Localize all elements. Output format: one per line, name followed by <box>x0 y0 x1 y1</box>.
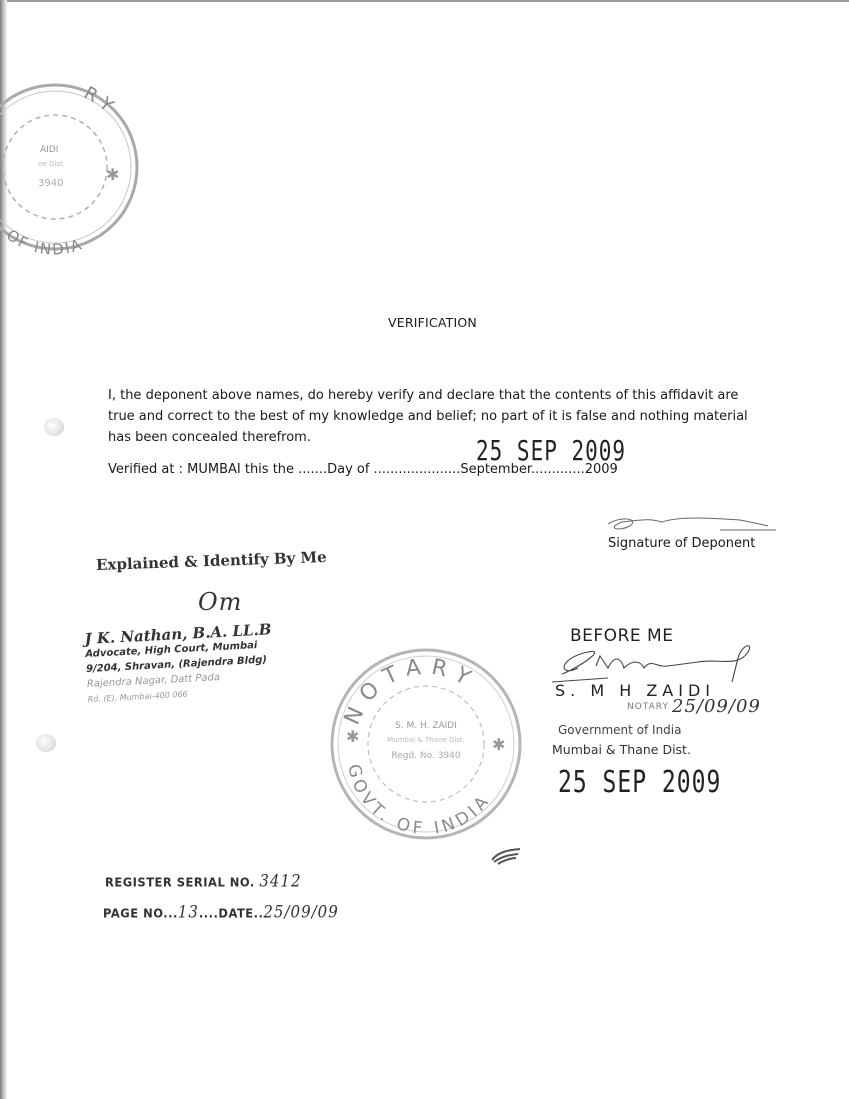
date-value: 25/09/09 <box>263 902 338 922</box>
notary-district: Mumbai & Thane Dist. <box>552 742 691 757</box>
notary-date-stamp: 25 SEP 2009 <box>558 766 721 800</box>
register-serial: REGISTER SERIAL NO. 3412 <box>105 871 302 891</box>
explained-identify-stamp: Explained & Identify By Me <box>96 548 327 574</box>
svg-text:S. M. H. ZAIDI: S. M. H. ZAIDI <box>395 721 457 731</box>
svg-text:NOTARY: NOTARY <box>340 654 482 728</box>
notary-handwritten-date: 25/09/09 <box>672 696 761 717</box>
advocate-stamp: J K. Nathan, B.A. LL.B Advocate, High Co… <box>84 620 318 707</box>
partial-notary-seal: RY OF INDIA AIDI ne Dist. 3940 ✱ <box>0 62 140 272</box>
verified-line: Verified at : MUMBAI this the .......Day… <box>108 462 618 477</box>
svg-text:AIDI: AIDI <box>40 145 58 155</box>
svg-text:✱: ✱ <box>346 727 359 746</box>
register-page-date: PAGE NO...13....DATE..25/09/09 <box>103 902 339 922</box>
advocate-initials: Om <box>198 588 242 616</box>
register-serial-label: REGISTER SERIAL NO. <box>105 874 255 889</box>
document-title: VERIFICATION <box>388 315 477 330</box>
svg-text:OF INDIA: OF INDIA <box>3 226 85 259</box>
verification-paragraph: I, the deponent above names, do hereby v… <box>108 385 768 448</box>
svg-text:Regd. No. 3940: Regd. No. 3940 <box>391 751 461 761</box>
punch-hole-top <box>44 418 64 436</box>
ink-smudge <box>490 846 524 866</box>
svg-text:✱: ✱ <box>106 165 119 184</box>
page-top-edge <box>0 0 849 2</box>
svg-text:GOVT. OF INDIA: GOVT. OF INDIA <box>343 762 495 839</box>
notary-seal: NOTARY GOVT. OF INDIA ✱ ✱ S. M. H. ZAIDI… <box>328 646 524 842</box>
svg-text:✱: ✱ <box>492 735 505 754</box>
svg-text:3940: 3940 <box>38 178 63 189</box>
signature-label: Signature of Deponent <box>608 536 755 551</box>
punch-hole-bottom <box>36 734 56 752</box>
svg-text:ne Dist.: ne Dist. <box>38 160 65 168</box>
page-no-value: 13 <box>178 902 199 922</box>
deponent-signature <box>600 512 780 536</box>
notary-government: Government of India <box>558 723 681 737</box>
notary-title: NOTARY <box>627 702 669 712</box>
svg-text:Mumbai & Thane Dist.: Mumbai & Thane Dist. <box>387 736 465 744</box>
svg-text:RY: RY <box>80 83 121 120</box>
date-label: ....DATE.. <box>199 905 263 920</box>
page-no-label: PAGE NO... <box>103 905 178 920</box>
register-serial-value: 3412 <box>259 871 301 891</box>
